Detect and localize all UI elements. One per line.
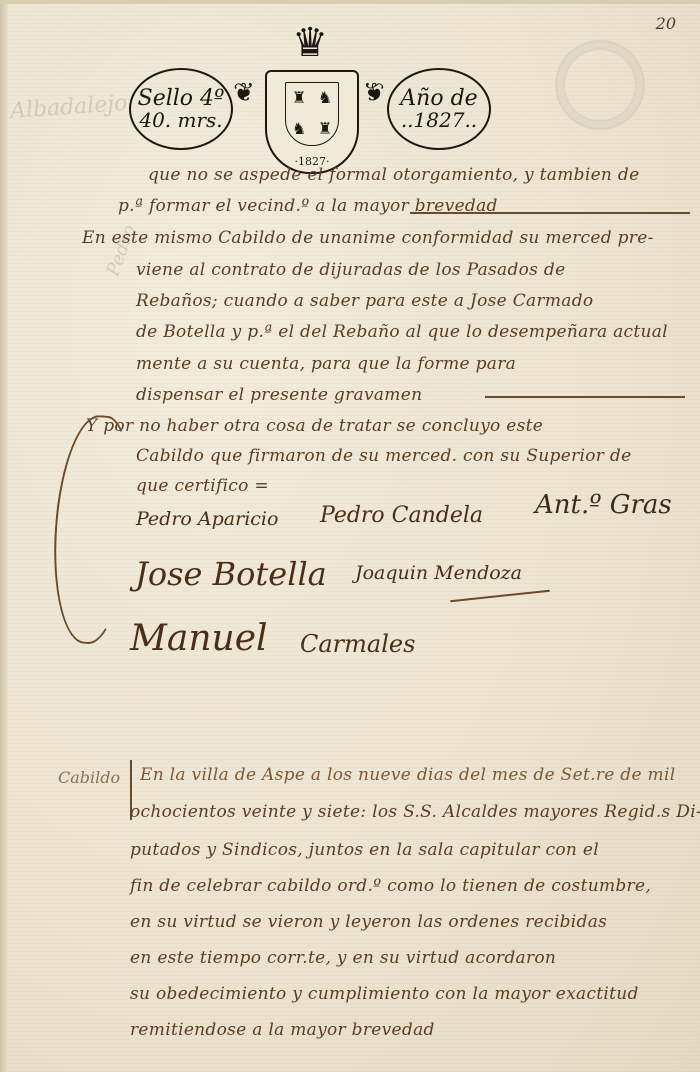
text-line: En la villa de Aspe a los nueve dias del… <box>140 765 675 785</box>
official-stamp: ♛ Sello 4º 40. mrs. ❦ ♜ ♞ ♞ ♜ ·1827· ❦ A… <box>125 18 495 168</box>
embossed-seal-icon <box>555 40 645 130</box>
text-line: Y por no haber otra cosa de tratar se co… <box>86 416 543 436</box>
signature: Manuel <box>130 618 268 659</box>
signature: Pedro Aparicio <box>136 508 278 530</box>
notary-flourish-icon <box>47 413 137 647</box>
signature: Joaquin Mendoza <box>355 562 522 584</box>
manuscript-page: Albadalejo Pedro 20 ♛ Sello 4º 40. mrs. … <box>0 0 700 1072</box>
text-line: Cabildo que firmaron de su merced. con s… <box>136 446 631 466</box>
castle-icon: ♜ <box>312 114 338 145</box>
text-line: ochocientos veinte y siete: los S.S. Alc… <box>130 802 700 822</box>
coat-of-arms-icon: ♜ ♞ ♞ ♜ ·1827· <box>265 70 359 174</box>
text-line: Rebaños; cuando a saber para este a Jose… <box>136 291 593 311</box>
text-line: putados y Sindicos, juntos en la sala ca… <box>130 840 599 860</box>
stamp-year-label: Año de <box>400 87 477 110</box>
text-line: que certifico = <box>136 476 269 496</box>
text-line: que no se aspede el formal otorgamiento,… <box>148 165 639 185</box>
page-binding-edge <box>0 0 8 1072</box>
stamp-seal-class: Sello 4º <box>138 87 225 110</box>
margin-note: Cabildo <box>58 768 120 787</box>
text-line: en este tiempo corr.te, y en su virtud a… <box>130 948 556 968</box>
signature: Jose Botella <box>135 555 327 593</box>
signature: Pedro Candela <box>320 503 483 528</box>
lion-icon: ♞ <box>312 83 338 114</box>
text-line: de Botella y p.ª el del Rebaño al que lo… <box>136 322 668 342</box>
line-filler <box>410 212 690 214</box>
stamp-year: ..1827.. <box>401 110 477 131</box>
text-line: su obedecimiento y cumplimiento con la m… <box>130 984 639 1004</box>
laurel-icon: ❦ <box>233 78 255 108</box>
text-line: mente a su cuenta, para que la forme par… <box>136 354 516 374</box>
bleed-through-text: Albadalejo <box>9 91 128 124</box>
castle-icon: ♜ <box>286 83 312 114</box>
text-line: en su virtud se vieron y leyeron las ord… <box>130 912 607 932</box>
text-line: viene al contrato de dijuradas de los Pa… <box>136 260 565 280</box>
stamp-price: 40. mrs. <box>139 110 222 131</box>
text-line: fin de celebrar cabildo ord.º como lo ti… <box>130 876 651 896</box>
stamp-value-oval: Sello 4º 40. mrs. <box>129 68 233 150</box>
laurel-icon: ❦ <box>363 78 385 108</box>
stamp-year-oval: Año de ..1827.. <box>387 68 491 150</box>
shield-quarters: ♜ ♞ ♞ ♜ <box>285 82 339 146</box>
text-line: dispensar el presente gravamen <box>136 385 422 405</box>
signature: Ant.º Gras <box>535 490 672 520</box>
page-number: 20 <box>656 14 676 33</box>
text-line: remitiendose a la mayor brevedad <box>130 1020 435 1040</box>
line-filler <box>485 396 685 398</box>
signature: Carmales <box>300 630 415 658</box>
lion-icon: ♞ <box>286 114 312 145</box>
signature-rubric <box>450 590 550 602</box>
text-line: En este mismo Cabildo de unanime conform… <box>82 228 654 248</box>
crown-icon: ♛ <box>282 18 338 68</box>
page-top-edge <box>0 0 700 4</box>
